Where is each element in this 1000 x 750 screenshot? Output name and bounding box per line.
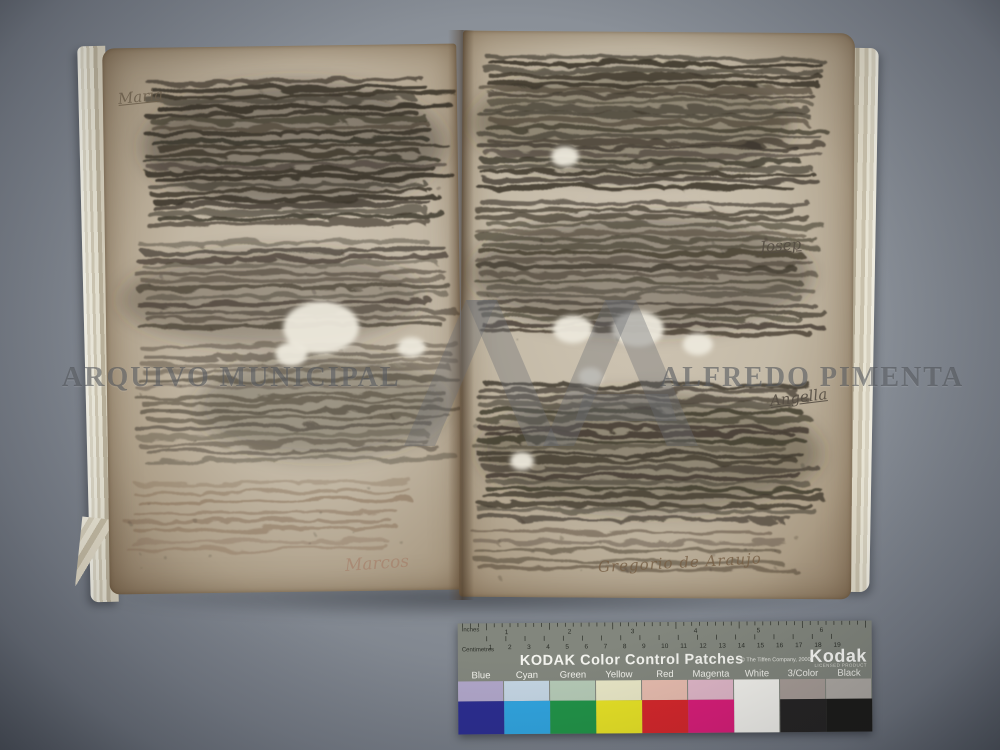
patch-label-Black: Black	[826, 668, 872, 679]
card-title: KODAK Color Control Patches	[520, 651, 744, 669]
svg-text:7: 7	[604, 643, 608, 650]
archive-photograph: Maria Josep Angella Marcos Gregorio de A…	[0, 0, 1000, 750]
patch-label-Green: Green	[550, 669, 596, 680]
patch-3/Color-saturated	[780, 699, 826, 732]
svg-text:Inches: Inches	[462, 627, 480, 633]
patch-Magenta-pastel	[688, 680, 733, 700]
patch-Red-pastel	[642, 680, 687, 700]
svg-text:10: 10	[661, 643, 669, 650]
svg-text:2: 2	[568, 629, 572, 636]
svg-text:11: 11	[680, 643, 687, 650]
patch-Yellow-saturated	[596, 700, 642, 733]
svg-text:14: 14	[738, 642, 746, 649]
patch-label-3/Color: 3/Color	[780, 668, 826, 679]
patch-label-Magenta: Magenta	[688, 669, 734, 680]
patch-Blue-pastel	[458, 681, 503, 701]
svg-text:17: 17	[795, 642, 803, 649]
patch-Green-saturated	[550, 700, 596, 733]
margin-note-josep: Josep	[759, 235, 801, 256]
svg-text:15: 15	[757, 642, 765, 649]
svg-text:5: 5	[565, 644, 569, 651]
patch-Green-pastel	[550, 680, 595, 700]
svg-text:1: 1	[505, 629, 509, 636]
svg-text:16: 16	[776, 642, 784, 649]
svg-text:4: 4	[694, 628, 698, 635]
patch-label-Red: Red	[642, 669, 688, 680]
patch-Cyan-saturated	[504, 701, 550, 734]
svg-text:5: 5	[757, 627, 761, 634]
svg-text:6: 6	[820, 627, 824, 634]
svg-text:4: 4	[546, 644, 550, 651]
patch-Blue-saturated	[458, 701, 504, 734]
patch-white-full	[734, 679, 779, 732]
handwriting-ink-right	[459, 31, 855, 600]
svg-text:3: 3	[631, 628, 635, 635]
svg-text:2: 2	[508, 644, 512, 651]
patch-Red-saturated	[642, 700, 688, 733]
patch-Black-pastel	[826, 679, 871, 699]
patch-label-Blue: Blue	[458, 670, 504, 681]
patch-Magenta-saturated	[688, 700, 734, 733]
svg-text:8: 8	[623, 643, 627, 650]
handwriting-ink-left	[102, 44, 464, 595]
svg-text:3: 3	[527, 644, 531, 651]
patch-Cyan-pastel	[504, 681, 549, 701]
patch-Black-saturated	[826, 699, 872, 732]
patch-label-White: White	[734, 668, 780, 679]
patch-Yellow-pastel	[596, 680, 641, 700]
kodak-color-control-card: Inches1234561234567891011121314151617181…	[458, 621, 873, 735]
patch-3/Color-pastel	[780, 679, 825, 699]
manuscript-page-left	[102, 44, 464, 595]
svg-text:12: 12	[699, 643, 707, 650]
book-gutter-shadow	[448, 30, 474, 600]
svg-text:6: 6	[585, 644, 589, 651]
patch-label-Cyan: Cyan	[504, 670, 550, 681]
patch-grid	[458, 679, 872, 735]
patch-label-Yellow: Yellow	[596, 669, 642, 680]
manuscript-page-right	[459, 31, 855, 600]
svg-text:13: 13	[719, 643, 727, 650]
svg-text:9: 9	[642, 643, 646, 650]
card-copyright: © The Tiffen Company, 2000	[741, 657, 811, 663]
